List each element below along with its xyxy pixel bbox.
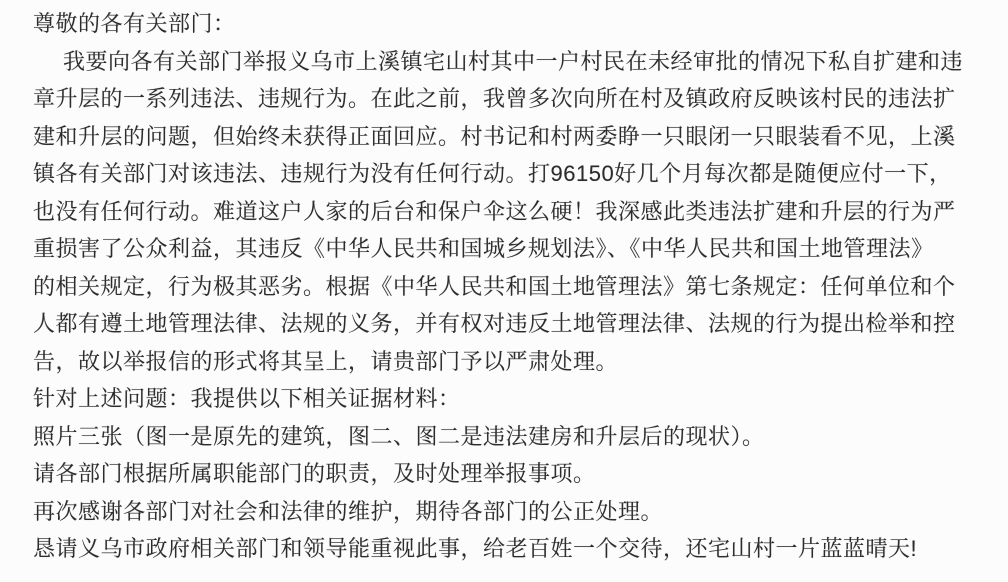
body-line: 告，故以举报信的形式将其呈上，请贵部门予以严肃处理。 bbox=[33, 343, 996, 381]
complaint-letter-body: 尊敬的各有关部门：我要向各有关部门举报义乌市上溪镇宅山村其中一户村民在未经审批的… bbox=[0, 0, 1008, 582]
body-line: 重损害了公众利益，其违反《中华人民共和国城乡规划法》、《中华人民共和国土地管理法… bbox=[33, 230, 996, 268]
body-line: 人都有遵土地管理法律、法规的义务，并有权对违反土地管理法律、法规的行为提出检举和… bbox=[33, 305, 996, 343]
body-line: 的相关规定，行为极其恶劣。根据《中华人民共和国土地管理法》第七条规定：任何单位和… bbox=[33, 268, 996, 306]
body-line: 镇各有关部门对该违法、违规行为没有任何行动。打96150好几个月每次都是随便应付… bbox=[33, 155, 996, 193]
body-line: 建和升层的问题，但始终未获得正面回应。村书记和村两委睁一只眼闭一只眼装看不见，上… bbox=[33, 118, 996, 156]
body-line: 我要向各有关部门举报义乌市上溪镇宅山村其中一户村民在未经审批的情况下私自扩建和违 bbox=[33, 43, 996, 81]
salutation: 尊敬的各有关部门： bbox=[33, 5, 996, 43]
evidence-item: 照片三张（图一是原先的建筑，图二、图二是违法建房和升层后的现状）。 bbox=[33, 418, 996, 456]
body-line: 也没有任何行动。难道这户人家的后台和保户伞这么硬！我深感此类违法扩建和升层的行为… bbox=[33, 193, 996, 231]
thanks-line: 再次感谢各部门对社会和法律的维护，期待各部门的公正处理。 bbox=[33, 493, 996, 531]
evidence-heading: 针对上述问题：我提供以下相关证据材料： bbox=[33, 380, 996, 418]
body-line: 章升层的一系列违法、违规行为。在此之前，我曾多次向所在村及镇政府反映该村民的违法… bbox=[33, 80, 996, 118]
appeal-line: 恳请义乌市政府相关部门和领导能重视此事，给老百姓一个交待，还宅山村一片蓝蓝晴天! bbox=[33, 530, 996, 568]
request-line: 请各部门根据所属职能部门的职责，及时处理举报事项。 bbox=[33, 455, 996, 493]
